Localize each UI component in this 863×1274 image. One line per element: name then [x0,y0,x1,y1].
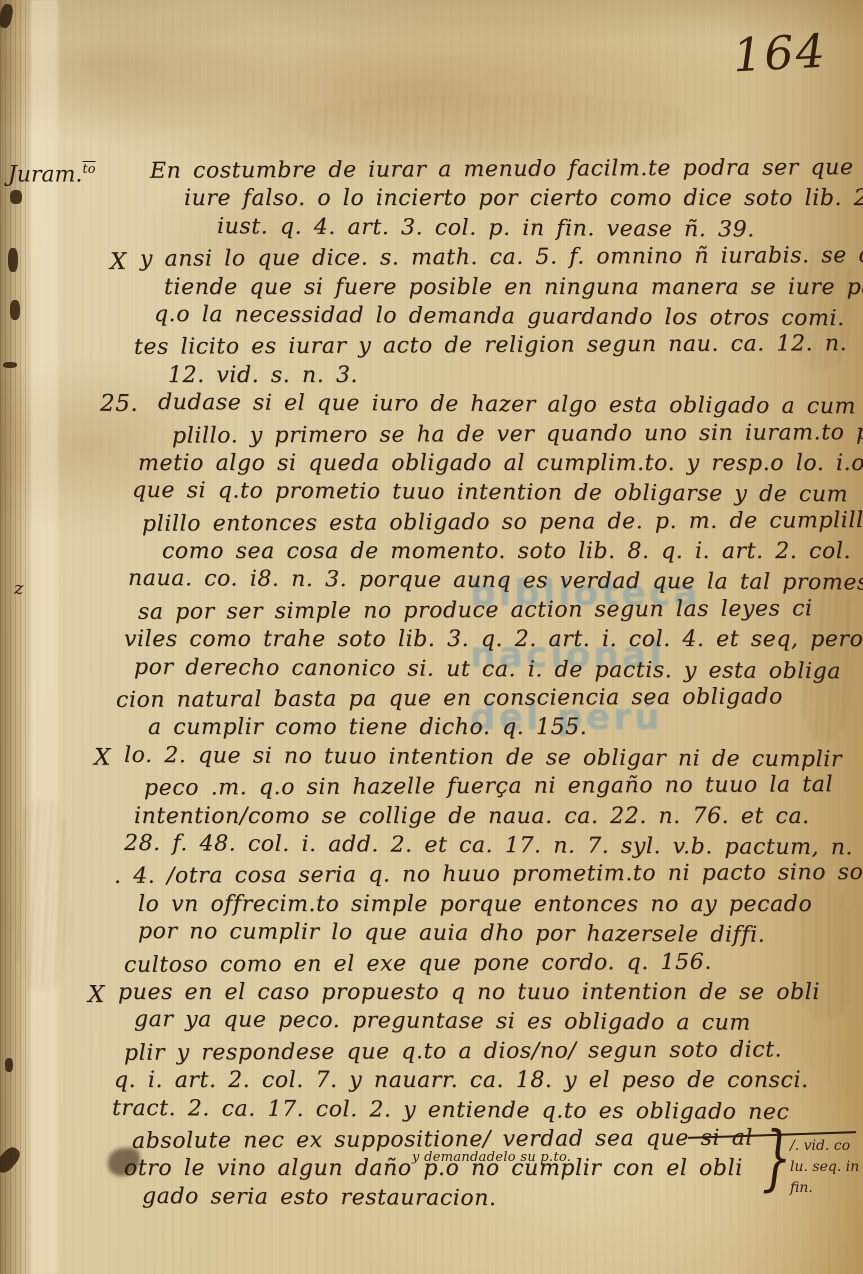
manuscript-line: que si q.to prometio tuuo intention de o… [132,478,827,512]
manuscript-line: . 4. /otra cosa seria q. no huuo prometi… [114,861,827,894]
manuscript-line-text: iure falso. o lo incierto por cierto com… [184,186,863,211]
manuscript-line: 12. vid. s. n. 3. [168,363,827,392]
manuscript-line-text: 28. f. 48. col. i. add. 2. et ca. 17. n.… [124,831,853,860]
manuscript-line: metio algo si queda obligado al cumplim.… [138,451,827,480]
manuscript-line-text: 12. vid. s. n. 3. [168,363,358,388]
manuscript-line: peco .m. q.o sin hazelle fuerça ni engañ… [144,772,827,805]
manuscript-line: 28. f. 48. col. i. add. 2. et ca. 17. n.… [124,831,827,865]
manuscript-line: Xpues en el caso propuesto q no tuuo int… [118,980,827,1009]
gutter-ink-speck [8,248,18,272]
gutter-ink-speck [10,190,22,204]
manuscript-line-text: que si q.to prometio tuuo intention de o… [132,478,848,507]
manuscript-line: plir y respondese que q.to a dios/no/ se… [124,1037,827,1070]
manuscript-line-text: viles como trahe soto lib. 3. q. 2. art.… [124,627,863,652]
manuscript-line-text: a cumplir como tiene dicho. q. 155. [148,715,587,740]
manuscript-line-text: por no cumplir lo que auia dho por hazer… [138,919,766,948]
manuscript-line: gar ya que peco. preguntase si es obliga… [134,1007,827,1041]
manuscript-line: 25.dudase si el que iuro de hazer algo e… [158,390,827,423]
manuscript-line-text: naua. co. i8. n. 3. porque aunq es verda… [128,566,863,596]
interlinear-note: y demandadelo su p.to. [412,1150,571,1165]
manuscript-line-text: . 4. /otra cosa seria q. no huuo prometi… [114,860,863,889]
margin-brace: } [762,1115,791,1199]
manuscript-line-text: sa por ser simple no produce action segu… [138,596,813,625]
manuscript-line-text: tract. 2. ca. 17. col. 2. y entiende q.t… [112,1095,790,1124]
manuscript-line-text: pues en el caso propuesto q no tuuo inte… [118,980,820,1005]
manuscript-line-text: plillo. y primero se ha de ver quando un… [172,419,863,448]
manuscript-line: Xy ansi lo que dice. s. math. ca. 5. f. … [140,243,827,276]
gutter-ink-speck [3,362,17,368]
paragraph-mark: X [88,982,105,1008]
manuscript-text-block: En costumbre de iurar a menudo facilm.te… [112,157,827,1215]
manuscript-line-text: tiende que si fuere posible en ninguna m… [164,275,863,300]
manuscript-line-text: dudase si el que iuro de hazer algo esta… [158,390,856,419]
manuscript-line: tract. 2. ca. 17. col. 2. y entiende q.t… [112,1095,827,1129]
margin-side-note-line: fin. [790,1178,859,1199]
manuscript-line-text: q. i. art. 2. col. 7. y nauarr. ca. 18. … [114,1068,809,1093]
manuscript-line: q. i. art. 2. col. 7. y nauarr. ca. 18. … [114,1068,827,1097]
manuscript-line: a cumplir como tiene dicho. q. 155. [148,715,827,744]
gutter-ink-speck [10,300,20,320]
manuscript-line: por derecho canonico si. ut ca. i. de pa… [134,655,827,689]
folio-number: 164 [732,24,829,83]
manuscript-line-text: En costumbre de iurar a menudo facilm.te… [150,155,854,184]
margin-side-note: /. vid. co lu. seq. in fin. [790,1136,859,1199]
gutter-ink-speck [5,1058,13,1072]
bleedthrough-ghost-text [300,95,690,150]
margin-side-note-line: /. vid. co [790,1136,859,1157]
manuscript-page: biblioteca nacional del perú 164 Juram.t… [0,0,863,1274]
margin-heading-text: Juram. [8,162,82,187]
manuscript-line-text: q.o la necessidad lo demanda guardando l… [154,302,845,331]
left-margin-mark: z [14,578,23,599]
manuscript-line: lo vn offrecim.to simple porque entonces… [138,892,827,921]
manuscript-line: naua. co. i8. n. 3. porque aunq es verda… [128,566,827,600]
manuscript-line: tiende que si fuere posible en ninguna m… [164,275,827,304]
manuscript-line-text: lo. 2. que si no tuuo intention de se ob… [124,743,842,772]
manuscript-line-text: por derecho canonico si. ut ca. i. de pa… [134,655,841,684]
manuscript-line: intention/como se collige de naua. ca. 2… [134,804,827,833]
manuscript-line: por no cumplir lo que auia dho por hazer… [138,919,827,953]
manuscript-line: En costumbre de iurar a menudo facilm.te… [150,155,827,188]
margin-heading-superscript: to [82,162,95,177]
manuscript-line: tes licito es iurar y acto de religion s… [134,332,827,365]
paragraph-number: 25. [100,391,139,417]
manuscript-line: como sea cosa de momento. soto lib. 8. q… [162,539,827,568]
manuscript-line: iust. q. 4. art. 3. col. p. in fin. veas… [217,214,827,247]
paragraph-mark: X [94,744,111,770]
manuscript-line: plillo entonces esta obligado so pena de… [142,508,827,541]
manuscript-line-text: y ansi lo que dice. s. math. ca. 5. f. o… [140,243,863,272]
paragraph-mark: X [110,249,127,275]
bleedthrough-ghost-text [12,800,72,990]
paper-edge-strip [31,0,58,1274]
manuscript-line-text: plir y respondese que q.to a dios/no/ se… [124,1037,782,1065]
manuscript-line: Xlo. 2. que si no tuuo intention de se o… [124,743,827,777]
manuscript-line: iure falso. o lo incierto por cierto com… [184,186,827,215]
manuscript-line: q.o la necessidad lo demanda guardando l… [154,302,827,336]
manuscript-line-text: cultoso como en el exe que pone cordo. q… [124,949,712,977]
manuscript-line-text: tes licito es iurar y acto de religion s… [134,331,847,360]
manuscript-line-text: iust. q. 4. art. 3. col. p. in fin. veas… [217,214,755,242]
manuscript-line-text: intention/como se collige de naua. ca. 2… [134,804,810,829]
manuscript-line-text: metio algo si queda obligado al cumplim.… [138,451,863,476]
margin-side-note-line: lu. seq. in [790,1157,859,1178]
manuscript-line: sa por ser simple no produce action segu… [138,596,827,629]
manuscript-line-text: gado seria esto restauracion. [142,1184,497,1211]
manuscript-line: cultoso como en el exe que pone cordo. q… [124,949,827,982]
manuscript-line-text: lo vn offrecim.to simple porque entonces… [138,892,812,917]
manuscript-line: cion natural basta pa que en consciencia… [116,684,827,717]
manuscript-line: plillo. y primero se ha de ver quando un… [172,420,827,453]
manuscript-line-text: peco .m. q.o sin hazelle fuerça ni engañ… [144,772,833,801]
manuscript-line-text: como sea cosa de momento. soto lib. 8. q… [162,539,863,564]
manuscript-line-text: gar ya que peco. preguntase si es obliga… [134,1007,751,1036]
manuscript-line-text: cion natural basta pa que en consciencia… [116,684,783,712]
manuscript-line: viles como trahe soto lib. 3. q. 2. art.… [124,627,827,656]
margin-heading: Juram.to [8,162,96,187]
manuscript-line-text: plillo entonces esta obligado so pena de… [142,508,863,537]
manuscript-line: gado seria esto restauracion. [142,1184,827,1218]
